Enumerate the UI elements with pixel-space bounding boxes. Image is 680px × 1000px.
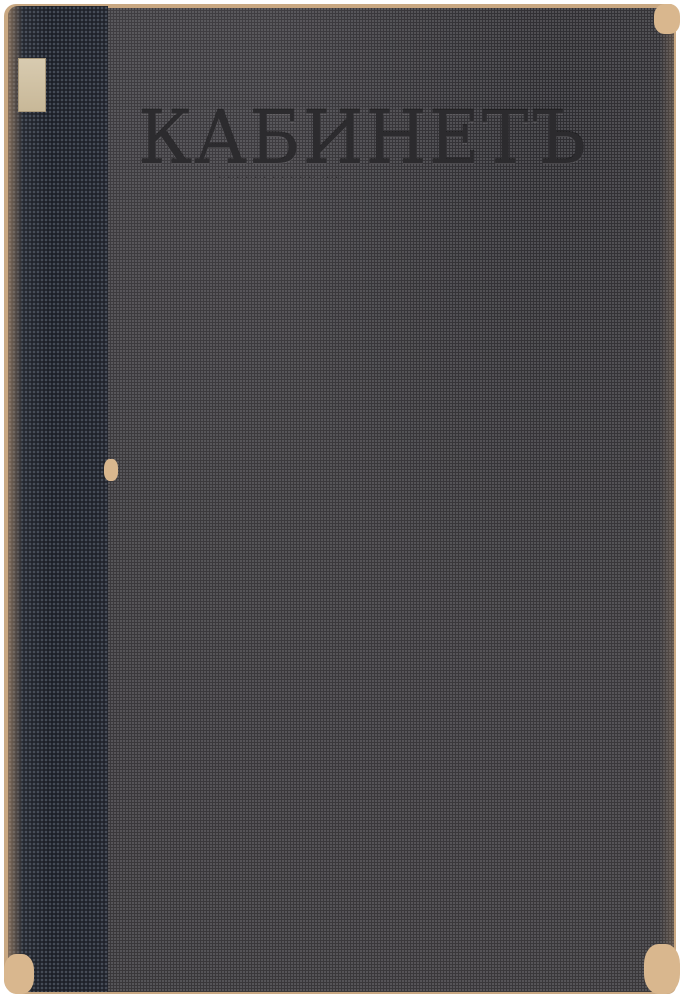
wear-spot [104, 459, 118, 481]
spine-worn-edge [8, 6, 22, 992]
front-cover: КАБИНЕТЪ ··········· ·········· ····· [108, 8, 674, 992]
book-spine [8, 6, 108, 992]
wear-spot [644, 944, 680, 994]
wear-spot [654, 4, 680, 34]
book: КАБИНЕТЪ ··········· ·········· ····· [4, 4, 676, 994]
wear-spot [4, 954, 34, 994]
cover-title: КАБИНЕТЪ [138, 101, 558, 175]
spine-label [18, 58, 46, 112]
cover-worn-edge [660, 8, 674, 992]
cover-subtitle: ··········· ·········· ····· [218, 171, 518, 184]
